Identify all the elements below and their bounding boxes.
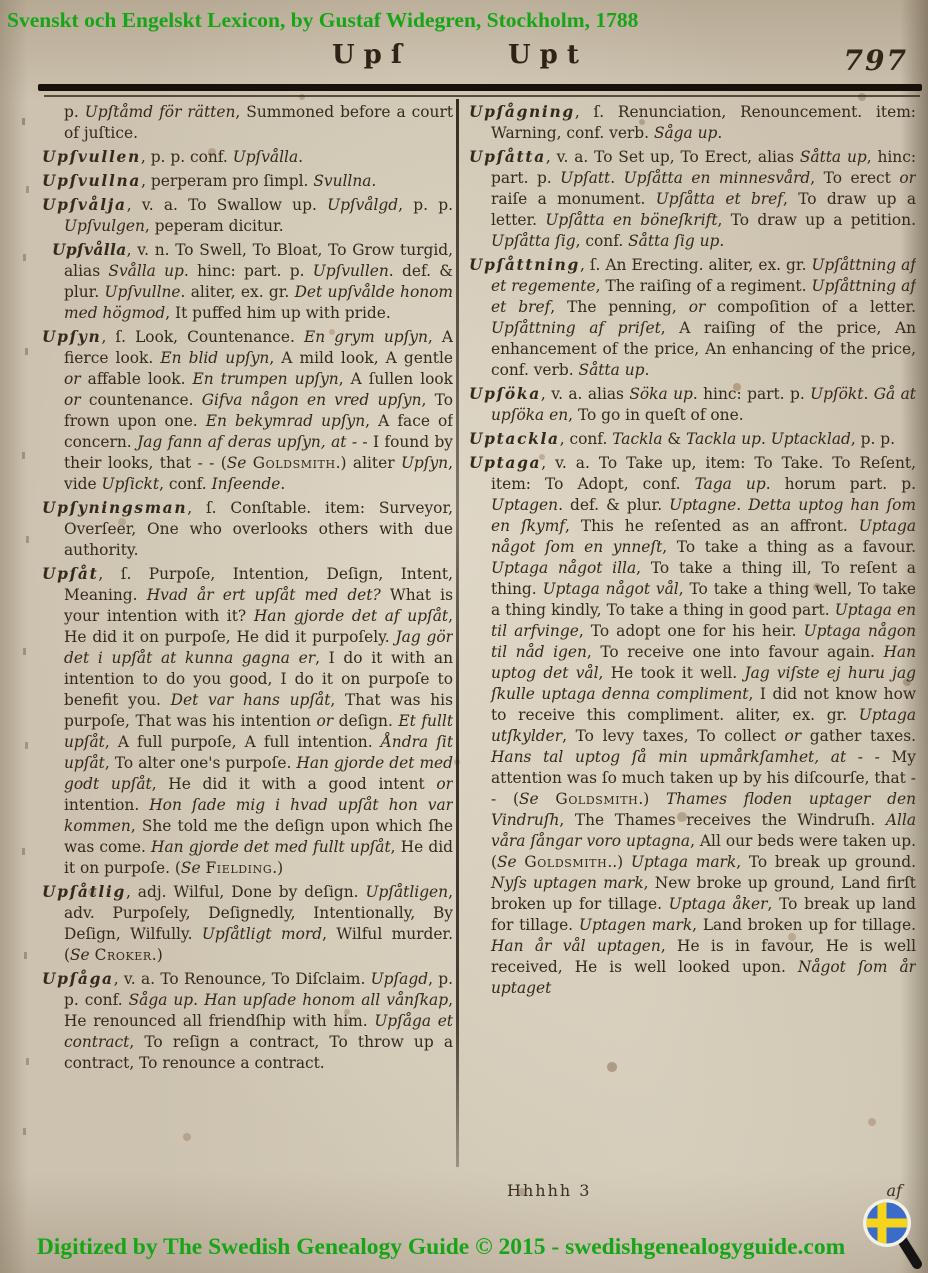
text-segment: Upſvålla — [52, 241, 127, 259]
text-segment: . — [298, 148, 303, 166]
text-segment: , To take a thing as a favour. — [662, 538, 916, 556]
text-segment: , To adopt one for his heir. — [579, 622, 804, 640]
text-segment: Såtta up — [800, 148, 867, 166]
dictionary-entry: Upſåttning, ſ. An Erecting. aliter, ex. … — [469, 255, 916, 381]
text-segment: Uptacklad — [771, 430, 851, 448]
text-segment: , To receive one into favour again. — [587, 643, 884, 661]
dictionary-entry: Upſvullna, perperam pro ſimpl. Svullna. — [42, 171, 453, 192]
text-segment: . — [371, 172, 376, 190]
text-segment: , To levy taxes, To collect — [562, 727, 784, 745]
text-segment: , The penning, — [550, 298, 688, 316]
text-segment: , He took it well. — [599, 664, 745, 682]
text-segment: Fielding — [205, 859, 272, 877]
text-segment: Se — [497, 853, 517, 871]
text-segment: En blid upſyn — [160, 349, 269, 367]
text-segment: Goldsmith — [524, 853, 607, 871]
paper-stains — [0, 0, 4, 4]
text-segment: , p. p. conf. — [141, 148, 233, 166]
text-segment: .) — [638, 790, 666, 808]
text-segment: Upſvålla — [233, 148, 298, 166]
text-segment: Upſåt — [42, 565, 98, 583]
text-segment: Upſvålgd — [327, 196, 398, 214]
text-segment: Upſåtta — [469, 148, 546, 166]
text-segment: , To break up ground. — [736, 853, 916, 871]
text-segment: Uptackla — [469, 430, 560, 448]
text-segment: Upſatt — [560, 169, 610, 187]
text-segment: Gifva någon en vred upſyn — [202, 391, 422, 409]
dictionary-entry: Upſåt, ſ. Purpoſe, Intention, Deſign, In… — [42, 564, 453, 879]
dictionary-entry: p. Upſtåmd för rätten, Summoned before a… — [42, 102, 453, 144]
text-segment: or — [436, 775, 453, 793]
text-segment: , perperam pro ſimpl. — [141, 172, 313, 190]
text-segment: Upſagd — [371, 970, 428, 988]
text-segment: Upſåtligt mord — [202, 925, 322, 943]
text-segment: Upſickt — [101, 475, 159, 493]
text-segment: Upſvulgen — [64, 217, 145, 235]
dictionary-entry: Uptackla, conf. Tackla & Tackla up. Upta… — [469, 429, 916, 450]
text-segment: , A full purpoſe, A full intention. — [105, 733, 381, 751]
text-segment: . — [280, 475, 285, 493]
text-segment: Croker — [95, 946, 152, 964]
text-segment: Se — [227, 454, 247, 472]
text-segment: Goldsmith — [555, 790, 638, 808]
text-segment: Upſyningsman — [42, 499, 187, 517]
text-segment: Uptaga något illa — [491, 559, 636, 577]
text-segment: , ſ. Look, Countenance. — [101, 328, 304, 346]
text-segment: , A ſullen look — [339, 370, 453, 388]
text-segment: or — [64, 391, 81, 409]
text-segment: Det var hans upſåt — [171, 691, 331, 709]
text-segment: , adj. Wilful, Done by deſign. — [126, 883, 366, 901]
text-segment: Upſvålja — [42, 196, 127, 214]
text-segment: . — [736, 496, 748, 514]
text-segment: , To go in queſt of one. — [568, 406, 743, 424]
text-segment: Upſökt — [810, 385, 863, 403]
text-segment: Såtta ſig up — [628, 232, 719, 250]
text-segment: . aliter, ex. gr. — [181, 283, 295, 301]
text-segment: Såga up — [129, 991, 194, 1009]
text-segment: Se — [181, 859, 201, 877]
scanned-dictionary-page: Svenskt och Engelskt Lexicon, by Gustaf … — [0, 0, 928, 1273]
text-segment: , p. p. — [851, 430, 895, 448]
text-segment: , To alter one's purpoſe. — [105, 754, 297, 772]
text-segment: Upſåtligen — [365, 883, 448, 901]
text-segment: or — [899, 169, 916, 187]
dictionary-entry: Upſyningsman, ſ. Conſtable. item: Survey… — [42, 498, 453, 561]
text-segment: intention. — [64, 796, 149, 814]
text-segment: Hans tal uptog ſå min upmårkſamhet, at -… — [491, 748, 880, 766]
margin-bleedthrough-marks — [22, 0, 25, 7]
text-segment: Såga up — [654, 124, 717, 142]
text-segment: p. — [64, 103, 85, 121]
text-segment: , v. a. To Swallow up. — [127, 196, 327, 214]
text-segment: compoſition of a letter. — [705, 298, 916, 316]
text-segment: . hinc: part. p. — [184, 262, 313, 280]
text-segment: Såtta up — [579, 361, 645, 379]
column-divider-rule — [456, 99, 459, 1167]
text-segment: Hvad år ert upſåt med det? — [147, 586, 381, 604]
text-segment: Inſeende — [212, 475, 281, 493]
text-segment: or — [316, 712, 333, 730]
text-segment: Upſöka — [469, 385, 541, 403]
text-segment: , The raiſing of a regiment. — [596, 277, 812, 295]
text-segment: & — [663, 430, 686, 448]
text-segment — [539, 790, 556, 808]
text-segment: . — [717, 124, 722, 142]
text-segment: , p. p. — [398, 196, 453, 214]
text-segment: , v. a. To Renounce, To Diſclaim. — [114, 970, 371, 988]
text-segment: En trumpen upſyn — [193, 370, 339, 388]
text-segment: Upſyn — [42, 328, 101, 346]
text-segment: . def. & plur. — [558, 496, 669, 514]
text-segment: Se — [519, 790, 539, 808]
text-segment: Han gjorde det med fullt upſåt — [151, 838, 391, 856]
text-segment: , conf. — [159, 475, 212, 493]
text-segment: or — [785, 727, 802, 745]
text-segment: Han gjorde det af upſåt — [254, 607, 448, 625]
text-segment: Söka up — [629, 385, 692, 403]
text-segment: . — [644, 361, 649, 379]
running-head: Upſ Upt 797 — [0, 40, 928, 84]
text-segment: Upſåtlig — [42, 883, 126, 901]
text-segment: Uptaga mark — [631, 853, 736, 871]
text-segment: , conf. — [576, 232, 629, 250]
signature-mark: Hhhhh 3 — [507, 1181, 591, 1200]
text-segment: , A mild look, A gentle — [269, 349, 453, 367]
text-segment: , peperam dicitur. — [145, 217, 284, 235]
text-segment: Upſtåmd för rätten — [85, 103, 236, 121]
text-segment: Uptaga — [469, 454, 541, 472]
text-segment: En grym upſyn — [304, 328, 428, 346]
text-segment: Uptaga åker — [669, 895, 768, 913]
text-segment: Upſvullna — [42, 172, 141, 190]
text-segment: affable look. — [81, 370, 193, 388]
text-segment: gather taxes. — [801, 727, 916, 745]
text-segment: ..) — [607, 853, 631, 871]
text-segment: . — [863, 385, 873, 403]
running-head-right-guide: Upt — [508, 40, 588, 70]
text-segment: , conf. — [560, 430, 613, 448]
text-segment: En bekymrad upſyn — [206, 412, 365, 430]
digitizer-watermark-footer: Digitized by The Swedish Genealogy Guide… — [0, 1234, 882, 1261]
dictionary-entry: Upſvålla, v. n. To Swell, To Bloat, To G… — [42, 240, 453, 324]
text-segment: Upſåga — [42, 970, 114, 988]
text-segment: , To draw up a petition. — [718, 211, 916, 229]
text-segment: . — [193, 991, 204, 1009]
dictionary-entry: Upſåtlig, adj. Wilful, Done by deſign. U… — [42, 882, 453, 966]
dictionary-entry: Upſåga, v. a. To Renounce, To Diſclaim. … — [42, 969, 453, 1074]
text-segment: Upſåtta et bref — [656, 190, 783, 208]
page-number: 797 — [844, 44, 908, 77]
dictionary-entry: Upſvålja, v. a. To Swallow up. Upſvålgd,… — [42, 195, 453, 237]
text-segment: , It puffed him up with pride. — [165, 304, 391, 322]
text-segment: .) aliter — [336, 454, 401, 472]
text-segment: , The Thames receives the Windruſh. — [559, 811, 885, 829]
text-segment: , He did it with a good intent — [152, 775, 437, 793]
text-segment: Upſåtta en böneſkrift — [545, 211, 717, 229]
colophon-row: Hhhhh 3 af — [469, 1181, 916, 1207]
text-segment: Upſvullen — [313, 262, 389, 280]
text-segment: Goldsmith — [253, 454, 336, 472]
dictionary-entry: Upſöka, v. a. alias Söka up. hinc: part.… — [469, 384, 916, 426]
text-segment: Uptagen mark — [579, 916, 692, 934]
text-segment: Svullna — [313, 172, 371, 190]
right-column: Upſågning, ſ. Renunciation, Renouncement… — [469, 102, 916, 1180]
text-segment: deſign. — [333, 712, 398, 730]
digitizer-watermark-title: Svenskt och Engelskt Lexicon, by Gustaf … — [7, 8, 638, 33]
text-segment: . — [719, 232, 724, 250]
text-segment: , To erect — [810, 169, 899, 187]
text-segment: Han år vål uptagen — [491, 937, 661, 955]
text-segment: , This he reſented as an affront. — [565, 517, 859, 535]
text-segment: , Land broken up for tillage. — [692, 916, 916, 934]
text-segment: Taga up — [695, 475, 766, 493]
dictionary-entry: Uptaga, v. a. To Take up, item: To Take.… — [469, 453, 916, 999]
text-segment: Upſågning — [469, 103, 575, 121]
text-segment: or — [64, 370, 81, 388]
text-segment: .) — [152, 946, 163, 964]
text-segment: Jag fann af deras upſyn, at - - — [137, 433, 368, 451]
dictionary-entry: Upſåtta, v. a. To Set up, To Erect, alia… — [469, 147, 916, 252]
text-segment: Uptaga något vål — [543, 580, 679, 598]
text-segment: , ſ. An Erecting. aliter, ex. gr. — [580, 256, 811, 274]
text-segment: Upſåttning — [469, 256, 580, 274]
text-segment: Upſyn — [401, 454, 448, 472]
text-segment: Upſåtta en minnesvård — [624, 169, 811, 187]
text-segment: Se — [70, 946, 90, 964]
dictionary-entry: Upſvullen, p. p. conf. Upſvålla. — [42, 147, 453, 168]
text-segment: Upſvullen — [42, 148, 141, 166]
dictionary-entry: Upſågning, ſ. Renunciation, Renouncement… — [469, 102, 916, 144]
text-segment: .) — [272, 859, 283, 877]
text-segment: Upſåtta ſig — [491, 232, 576, 250]
text-segment: Tackla — [612, 430, 662, 448]
text-segment: Han upſade honom all vånſkap — [204, 991, 448, 1009]
text-segment: or — [689, 298, 706, 316]
text-segment: Uptagne — [669, 496, 736, 514]
swedish-flag-magnifier-icon — [860, 1196, 924, 1270]
text-segment: . horum part. p. — [766, 475, 916, 493]
text-segment: . — [761, 430, 771, 448]
text-segment: raiſe a monument. — [491, 190, 656, 208]
running-head-left-guide: Upſ — [332, 40, 411, 70]
left-column: p. Upſtåmd för rätten, Summoned before a… — [42, 102, 453, 1178]
text-segment: . hinc: part. p. — [693, 385, 810, 403]
header-rule-thin — [44, 95, 920, 97]
text-segment: , v. a. To Set up, To Erect, alias — [546, 148, 800, 166]
text-segment: , v. a. alias — [541, 385, 629, 403]
text-segment: Svålla up — [108, 262, 184, 280]
dictionary-entry: Upſyn, ſ. Look, Countenance. En grym upſ… — [42, 327, 453, 495]
text-segment: . — [610, 169, 623, 187]
text-segment: countenance. — [81, 391, 202, 409]
text-segment: Upſvullne — [105, 283, 181, 301]
text-segment: Uptagen — [491, 496, 558, 514]
header-rule-thick — [38, 84, 922, 91]
text-segment: Upſåttning af priſet — [491, 319, 661, 337]
text-segment: Tackla up — [686, 430, 761, 448]
text-segment: Nyſs uptagen mark — [491, 874, 644, 892]
